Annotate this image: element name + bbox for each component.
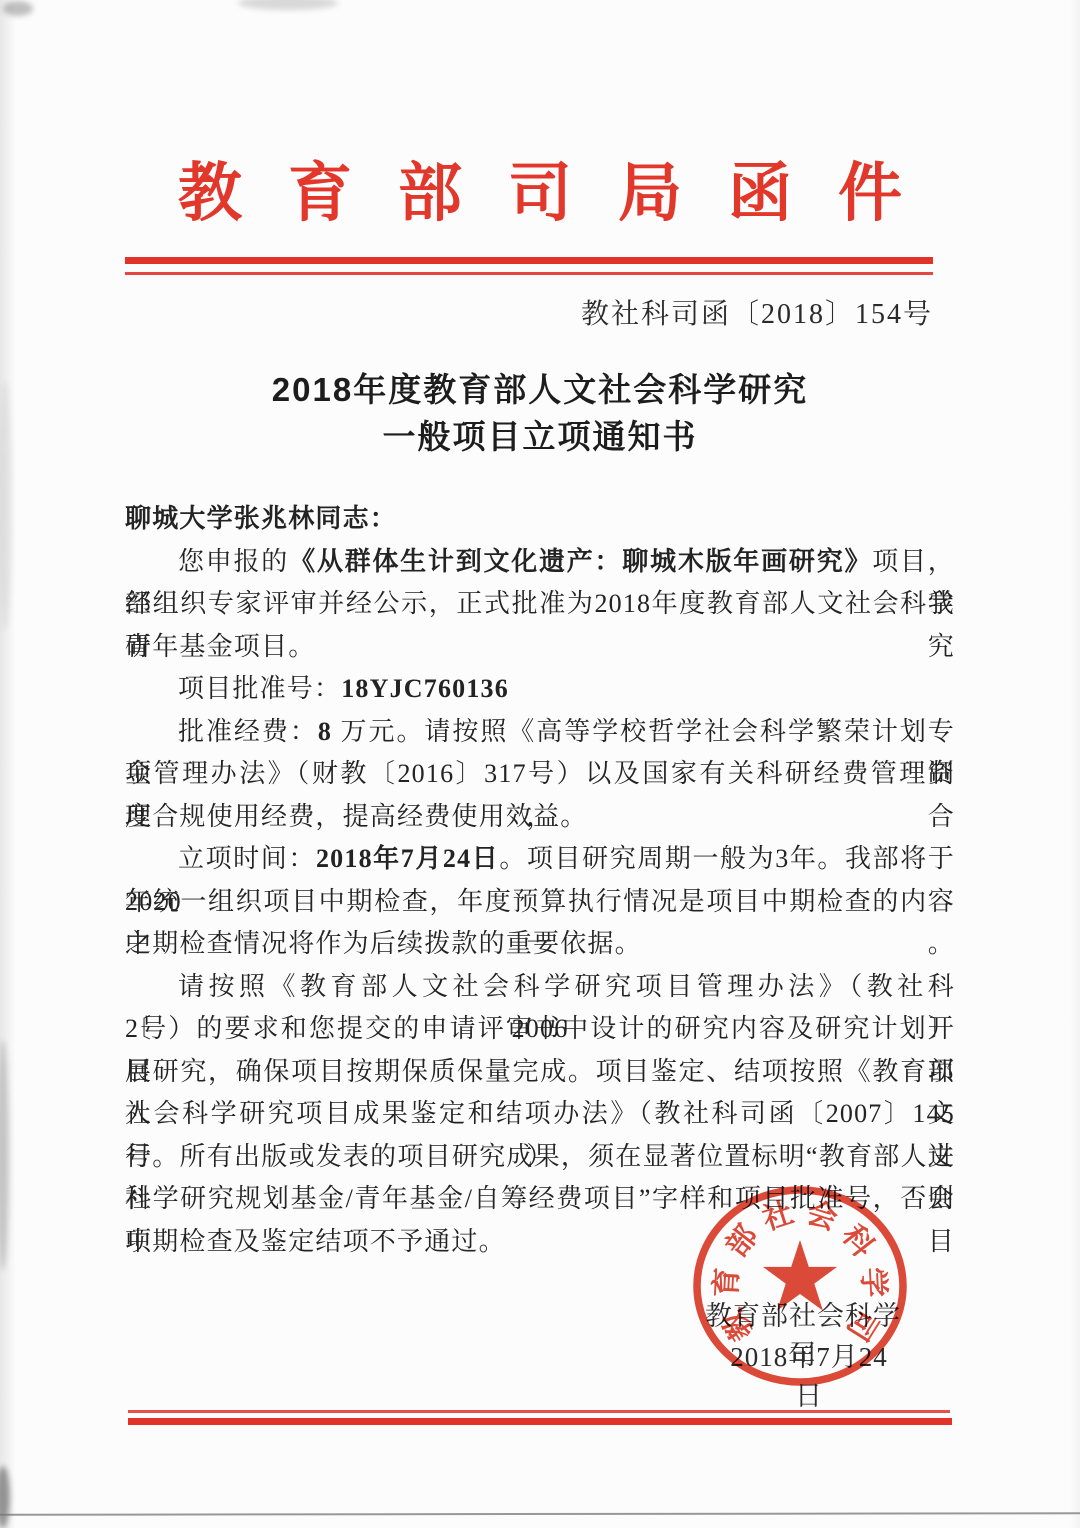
body-text-bold: 18YJC760136 [341,674,509,703]
body-text: 中期检查情况将作为后续拨款的重要依据。 [125,929,642,958]
body-line: 目研究，确保项目按期保质保量完成。项目鉴定、结项按照《教育部人文 [125,1051,955,1094]
body-text: 立项时间： [178,844,316,873]
seal-ring-char: 学 [856,1267,890,1299]
document-title-line1: 2018年度教育部人文社会科学研究 [0,366,1080,413]
body-line: 金管理办法》（财教〔2016〕317号）以及国家有关科研经费管理制度，合 [125,753,955,796]
header-rule-thick [125,257,933,264]
body-line: 您申报的《从群体生计到文化遗产：聊城木版年画研究》项目，经我 [125,541,955,584]
document-body: 聊城大学张兆林同志：您申报的《从群体生计到文化遗产：聊城木版年画研究》项目，经我… [125,498,955,1263]
body-line: 批准经费：8 万元。请按照《高等学校哲学社会科学繁荣计划专项资 [125,711,955,754]
seal-ring-char: 会 [803,1196,841,1236]
seal-ring-char: 司 [840,1303,884,1346]
footer-rule-thin [128,1410,950,1413]
body-line: 行。所有出版或发表的项目研究成果，须在显著位置标明“教育部人文社会 [125,1136,955,1179]
body-text: 中期检查及鉴定结项不予通过。 [125,1227,506,1256]
body-text-bold: 聊城大学张兆林同志： [125,504,397,533]
body-line: 聊城大学张兆林同志： [125,498,955,541]
body-text: 您申报的 [178,547,289,576]
scan-page-edge-line [0,1512,1080,1516]
body-line: 请按照《教育部人文社会科学研究项目管理办法》（教社科〔2006〕 [125,966,955,1009]
body-text: 青年基金项目。 [125,632,315,661]
seal-ring-char: 教 [716,1302,760,1346]
body-line: 部组织专家评审并经公示，正式批准为2018年度教育部人文社会科学研究 [125,583,955,626]
document-title: 2018年度教育部人文社会科学研究 一般项目立项通知书 [0,366,1080,460]
body-line: 社会科学研究项目成果鉴定和结项办法》（教社科司函〔2007〕145号）进 [125,1093,955,1136]
body-line: 2号）的要求和您提交的申请评审书中设计的研究内容及研究计划开展项 [125,1008,955,1051]
header-rule-thin [125,272,933,275]
official-seal: 教育部社会科学司 [686,1176,918,1406]
body-text: 批准经费： [178,717,318,746]
body-text-bold: 8 [318,717,332,746]
body-text-bold: 《从群体生计到文化遗产：聊城木版年画研究》 [289,547,872,576]
red-star-icon [763,1240,837,1311]
body-text-bold: 2018年7月24日 [316,844,499,873]
scanned-letter-page: 教育部司局函件 教社科司函〔2018〕154号 2018年度教育部人文社会科学研… [0,0,1080,1528]
document-title-line2: 一般项目立项通知书 [0,413,1080,460]
seal-ring-char: 育 [709,1267,744,1299]
footer-rule-thick [128,1418,952,1425]
body-line: 年统一组织项目中期检查，年度预算执行情况是项目中期检查的内容之一。 [125,881,955,924]
scan-smudge [238,0,338,10]
document-number: 教社科司函〔2018〕154号 [581,292,933,332]
body-text: 理合规使用经费，提高经费使用效益。 [125,802,587,831]
letterhead-title: 教育部司局函件 [0,158,1080,230]
body-line: 项目批准号：18YJC760136 [125,668,955,711]
seal-ring-char: 部 [720,1219,764,1263]
scan-smudge [3,1,33,16]
seal-ring-char: 科 [835,1219,880,1264]
seal-ring-char: 社 [759,1196,797,1236]
body-text: 项目批准号： [178,674,341,703]
body-line: 立项时间：2018年7月24日。项目研究周期一般为3年。我部将于2020 [125,838,955,881]
